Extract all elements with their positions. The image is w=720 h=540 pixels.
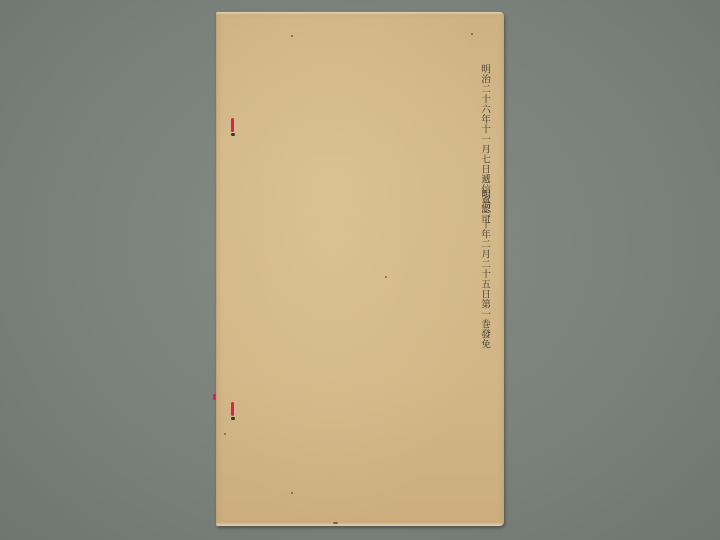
binding-hole-top	[231, 133, 235, 136]
binding-hole-bottom	[231, 417, 235, 420]
cover-text-line-2: 明治二十年二月二十五日第一巻發免	[479, 189, 489, 349]
binding-thread-top	[231, 118, 234, 132]
paper-speck	[471, 33, 473, 35]
binding-thread-bottom	[231, 402, 234, 416]
binding-thread-edge	[213, 394, 216, 400]
paper-speck	[333, 522, 338, 524]
booklet-back-cover	[216, 12, 504, 526]
paper-speck	[224, 433, 226, 435]
paper-top-edge	[216, 12, 503, 15]
paper-speck	[385, 276, 387, 278]
paper-bottom-edge	[216, 522, 503, 526]
paper-speck	[291, 35, 293, 37]
paper-speck	[291, 492, 293, 494]
